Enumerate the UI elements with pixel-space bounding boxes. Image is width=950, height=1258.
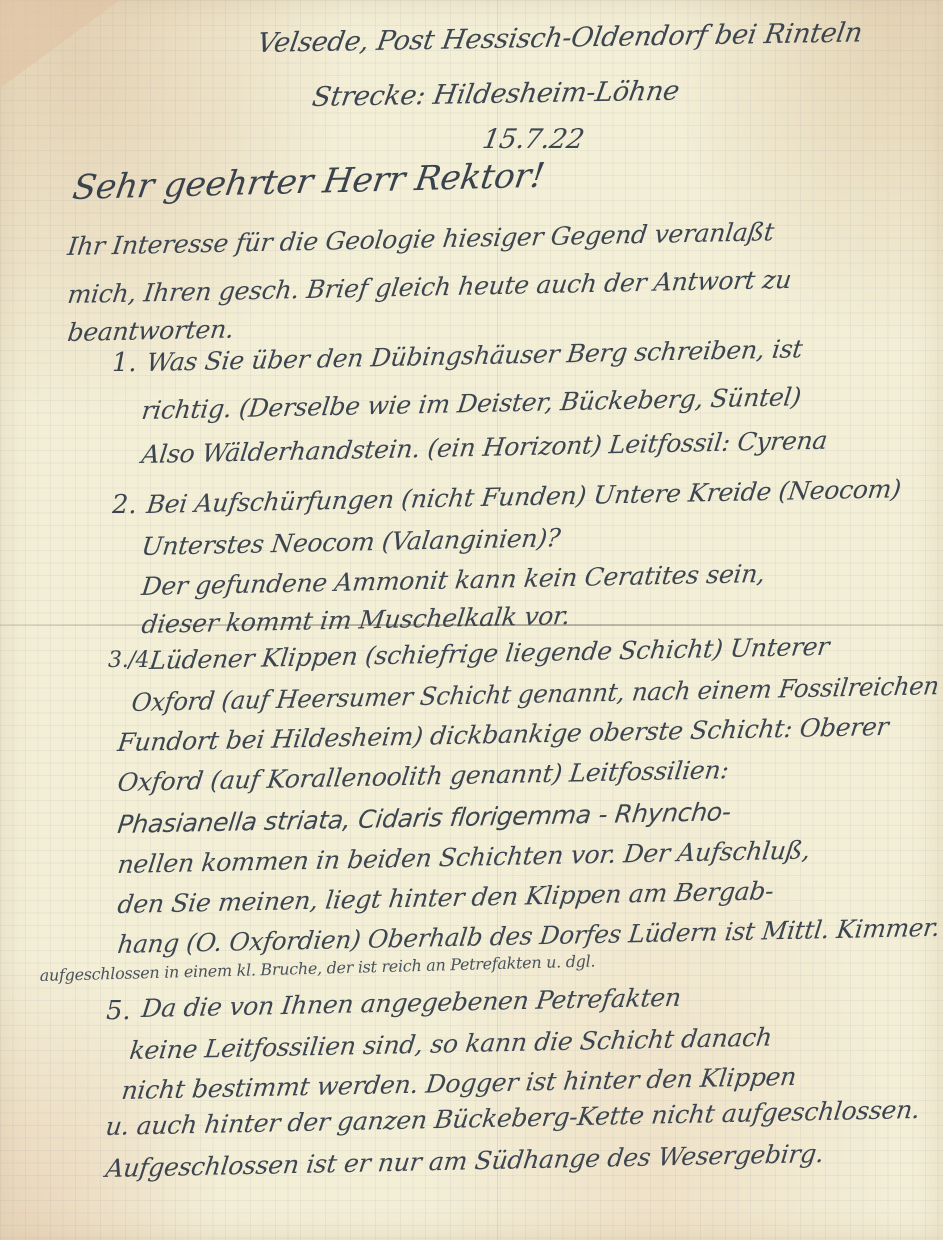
item-number: 5.: [106, 996, 130, 1026]
header-date: 15.7.22: [480, 124, 586, 155]
item-number: 1.: [112, 348, 136, 378]
scan-margin: [943, 0, 950, 1258]
item-line: Phasianella striata, Cidaris florigemma …: [116, 797, 732, 839]
item-line: Lüdener Klippen (schiefrige liegende Sch…: [148, 632, 831, 675]
item-line: Oxford (auf Heersumer Schicht genannt, n…: [130, 671, 941, 717]
corner-fold: [0, 0, 120, 88]
item-line: Bei Aufschürfungen (nicht Funden) Untere…: [145, 474, 902, 519]
intro-line: mich, Ihren gesch. Brief gleich heute au…: [66, 265, 793, 309]
item-line: Also Wälderhandstein. (ein Horizont) Lei…: [140, 426, 829, 469]
item-line: Fundort bei Hildesheim) dickbankige ober…: [116, 712, 890, 757]
item-line: den Sie meinen, liegt hinter den Klippen…: [116, 876, 775, 919]
header-route: Strecke: Hildesheim-Löhne: [310, 76, 681, 113]
item-line: Oxford (auf Korallenoolith genannt) Leit…: [116, 755, 730, 797]
item-line: nellen kommen in beiden Schichten vor. D…: [116, 836, 812, 879]
intro-line: beantworten.: [66, 315, 235, 347]
item-line: richtig. (Derselbe wie im Deister, Bücke…: [140, 382, 803, 425]
letter-paper: Velsede, Post Hessisch-Oldendorf bei Rin…: [0, 0, 943, 1240]
item-line: keine Leitfossilien sind, so kann die Sc…: [128, 1023, 774, 1065]
item-line: Was Sie über den Dübingshäuser Berg schr…: [145, 334, 804, 377]
intro-line: Ihr Interesse für die Geologie hiesiger …: [66, 217, 776, 261]
item-line: Da die von Ihnen angegebenen Petrefakten: [140, 983, 683, 1023]
item-number: 2.: [112, 490, 136, 520]
header-address: Velsede, Post Hessisch-Oldendorf bei Rin…: [255, 17, 865, 59]
item-line: Unterstes Neocom (Valanginien)?: [140, 523, 562, 561]
item-line: nicht bestimmt werden. Dogger ist hinter…: [120, 1062, 798, 1105]
item-line: Der gefundene Ammonit kann kein Ceratite…: [140, 559, 767, 601]
salutation: Sehr geehrter Herr Rektor!: [70, 156, 547, 208]
item-line: hang (O. Oxfordien) Oberhalb des Dorfes …: [116, 913, 941, 959]
item-line: dieser kommt im Muschelkalk vor.: [140, 601, 572, 639]
item-line: Aufgeschlossen ist er nur am Südhange de…: [104, 1139, 825, 1183]
